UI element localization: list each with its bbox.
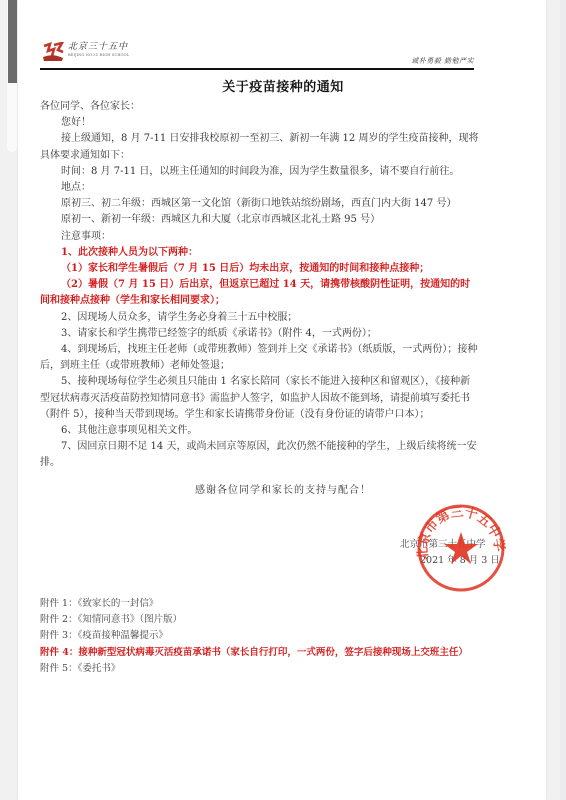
school-logo: 北京三十五中 BEIJING NO.35 HIGH SCHOOL: [42, 42, 152, 64]
notice-body: 各位同学、各位家长： 您好！ 接上级通知，8 月 7-11 日安排我校原初一至初…: [40, 99, 480, 472]
location-2: 原初一、新初一年级：西城区九和大厦（北京市西城区北礼士路 95 号）: [40, 212, 480, 228]
note-1: 1、此次接种人员为以下两种：: [40, 245, 480, 261]
note-5: 5、接种现场每位学生必须且只能由 1 名家长陪同（家长不能进入接种区和留观区），…: [40, 374, 480, 423]
school-name-en: BEIJING NO.35 HIGH SCHOOL: [68, 53, 129, 58]
salutation: 各位同学、各位家长：: [40, 99, 480, 115]
page-title: 关于疫苗接种的通知: [0, 76, 566, 95]
attachment-1[interactable]: 附件 1：《致家长的一封信》: [40, 596, 510, 612]
attachment-3[interactable]: 附件 3：《疫苗接种温馨提示》: [40, 628, 510, 644]
note-1a: （1）家长和学生暑假后（7 月 15 日后）均未出京，按通知的时间和接种点接种；: [40, 261, 480, 277]
greeting: 您好！: [40, 115, 480, 131]
attachment-5[interactable]: 附件 5：《委托书》: [40, 661, 510, 677]
header-rule: [40, 68, 474, 70]
scrollbar-thumb[interactable]: [8, 0, 17, 83]
note-4: 4、到现场后，找班主任老师（或带班教师）签到并上交《承诺书》（纸质版，一式两份）…: [40, 342, 480, 374]
location-label: 地点：: [40, 180, 480, 196]
attachment-4[interactable]: 附件 4：接种新型冠状病毒灭活疫苗承诺书（家长自行打印，一式两份，签字后接种现场…: [40, 645, 510, 661]
note-7: 7、因回京日期不足 14 天，或尚未回京等原因，此次仍然不能接种的学生，上级后续…: [40, 439, 480, 471]
intro-paragraph: 接上级通知，8 月 7-11 日安排我校原初一至初三、新初一年满 12 周岁的学…: [40, 131, 480, 163]
location-1: 原初三、初二年级：西城区第一文化馆（新街口地铁站缤纷剧场，西直门内大街 147 …: [40, 196, 480, 212]
right-edge: [560, 0, 566, 800]
attachment-2[interactable]: 附件 2：《知情同意书》（图片版）: [40, 612, 510, 628]
official-seal-icon: 北京市第三十五中学: [415, 502, 507, 594]
school-emblem-icon: [42, 42, 64, 62]
note-1b: （2）暑假（7 月 15 日）后出京，但返京已超过 14 天，请携带核酸阴性证明…: [40, 277, 480, 309]
note-6: 6、其他注意事项见相关文件。: [40, 423, 480, 439]
note-2: 2、因现场人员众多，请学生务必身着三十五中校服；: [40, 310, 480, 326]
notes-label: 注意事项：: [40, 229, 480, 245]
school-motto: 诚朴勇毅 勤勉严实: [411, 56, 474, 66]
time-paragraph: 时间：8 月 7-11 日，以班主任通知的时间段为准，因为学生数量很多，请不要自…: [40, 164, 480, 180]
note-3: 3、请家长和学生携带已经签字的纸质《承诺书》（附件 4，一式两份）；: [40, 326, 480, 342]
school-name-cn: 北京三十五中: [68, 42, 129, 53]
thanks-line: 感谢各位同学和家长的支持与配合！: [0, 481, 566, 496]
attachments-list: 附件 1：《致家长的一封信》 附件 2：《知情同意书》（图片版） 附件 3：《疫…: [40, 596, 510, 677]
